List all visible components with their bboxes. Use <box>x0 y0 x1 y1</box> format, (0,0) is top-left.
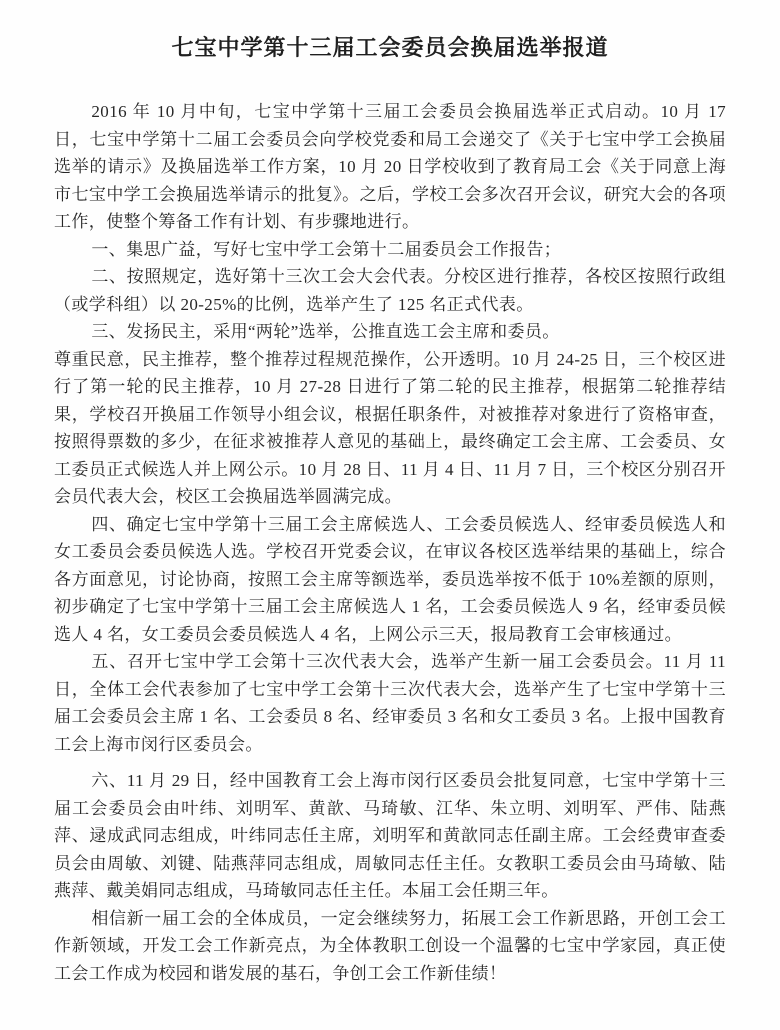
paragraph-item-3: 三、发扬民主，采用“两轮”选举，公推直选工会主席和委员。 <box>54 318 726 346</box>
document-title: 七宝中学第十三届工会委员会换届选举报道 <box>54 32 726 64</box>
paragraph-item-6: 六、11 月 29 日，经中国教育工会上海市闵行区委员会批复同意，七宝中学第十三… <box>54 767 726 905</box>
paragraph-item-3-detail: 尊重民意，民主推荐，整个推荐过程规范操作，公开透明。10 月 24-25 日，三… <box>54 346 726 511</box>
paragraph-item-2: 二、按照规定，选好第十三次工会大会代表。分校区进行推荐，各校区按照行政组（或学科… <box>54 263 726 318</box>
paragraph-item-4: 四、确定七宝中学第十三届工会主席候选人、工会委员候选人、经审委员候选人和女工委员… <box>54 511 726 649</box>
paragraph-item-1: 一、集思广益，写好七宝中学工会第十二届委员会工作报告； <box>54 236 726 264</box>
paragraph-intro: 2016 年 10 月中旬，七宝中学第十三届工会委员会换届选举正式启动。10 月… <box>54 98 726 236</box>
paragraph-closing: 相信新一届工会的全体成员，一定会继续努力，拓展工会工作新思路，开创工会工作新领域… <box>54 905 726 988</box>
paragraph-item-5: 五、召开七宝中学工会第十三次代表大会，选举产生新一届工会委员会。11 月 11 … <box>54 648 726 758</box>
document-page: 七宝中学第十三届工会委员会换届选举报道 2016 年 10 月中旬，七宝中学第十… <box>0 0 780 1030</box>
